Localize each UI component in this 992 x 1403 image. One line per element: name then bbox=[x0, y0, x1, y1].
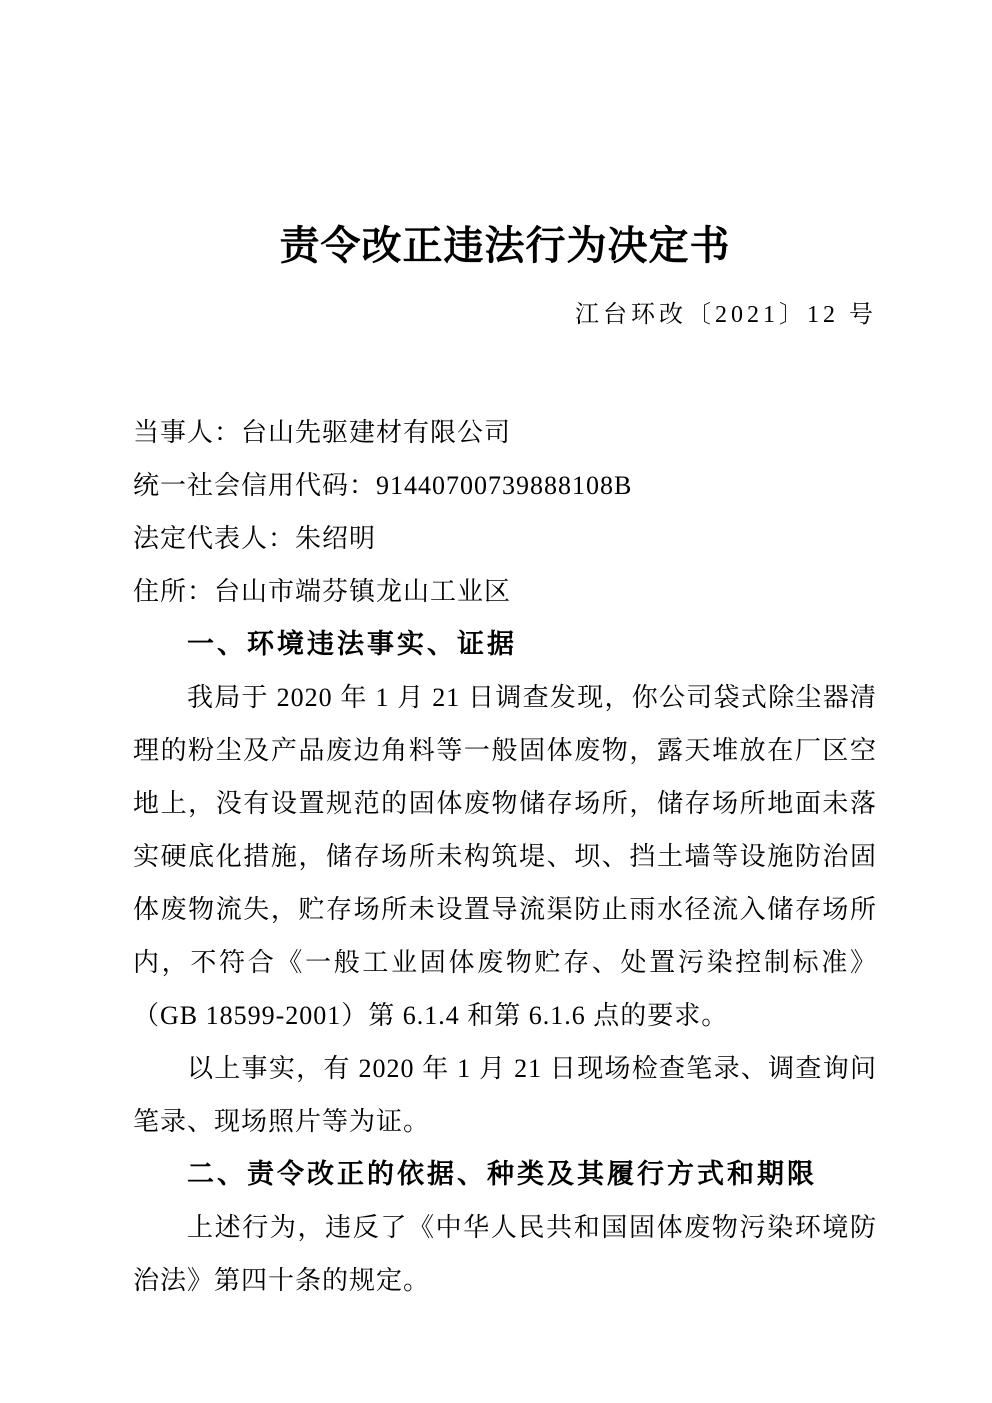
section-1-paragraph-2: 以上事实，有 2020 年 1 月 21 日现场检查笔录、调查询问笔录、现场照片… bbox=[133, 1042, 877, 1148]
legal-representative-label: 法定代表人： bbox=[133, 524, 295, 553]
credit-code-line: 统一社会信用代码：91440700739888108B bbox=[133, 459, 877, 512]
section-2-heading: 二、责令改正的依据、种类及其履行方式和期限 bbox=[133, 1148, 877, 1201]
document-title: 责令改正违法行为决定书 bbox=[133, 222, 877, 270]
section-1-paragraph-1: 我局于 2020 年 1 月 21 日调查发现，你公司袋式除尘器清理的粉尘及产品… bbox=[133, 671, 877, 1042]
party-label: 当事人： bbox=[133, 418, 241, 447]
address-value: 台山市端芬镇龙山工业区 bbox=[214, 577, 511, 606]
address-label: 住所： bbox=[133, 577, 214, 606]
legal-representative-line: 法定代表人：朱绍明 bbox=[133, 512, 877, 565]
credit-code-value: 91440700739888108B bbox=[376, 471, 632, 500]
document-page: 责令改正违法行为决定书 江台环改〔2021〕12 号 当事人：台山先驱建材有限公… bbox=[0, 0, 992, 1403]
document-number: 江台环改〔2021〕12 号 bbox=[133, 298, 877, 332]
party-value: 台山先驱建材有限公司 bbox=[241, 418, 511, 447]
legal-representative-value: 朱绍明 bbox=[295, 524, 376, 553]
party-info-block: 当事人：台山先驱建材有限公司 统一社会信用代码：9144070073988810… bbox=[133, 406, 877, 618]
section-1-heading: 一、环境违法事实、证据 bbox=[133, 618, 877, 671]
party-line: 当事人：台山先驱建材有限公司 bbox=[133, 406, 877, 459]
credit-code-label: 统一社会信用代码： bbox=[133, 471, 376, 500]
section-2-paragraph-1: 上述行为，违反了《中华人民共和国固体废物污染环境防治法》第四十条的规定。 bbox=[133, 1201, 877, 1307]
address-line: 住所：台山市端芬镇龙山工业区 bbox=[133, 565, 877, 618]
